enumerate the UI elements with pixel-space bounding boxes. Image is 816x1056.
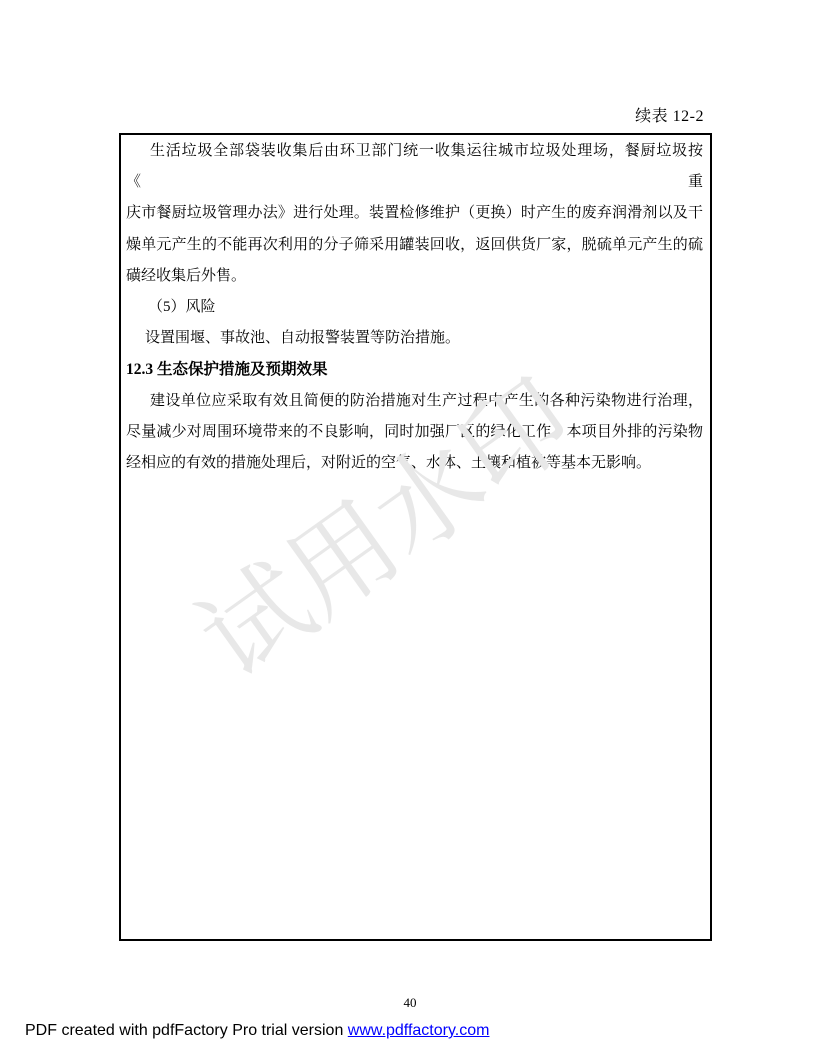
- content-table: 生活垃圾全部袋装收集后由环卫部门统一收集运往城市垃圾处理场，餐厨垃圾按《重 庆市…: [119, 133, 712, 941]
- paragraph2-line-2: 尽量减少对周围环境带来的不良影响，同时加强厂区的绿化工作、本项目外排的污染物: [126, 417, 703, 448]
- paragraph1-line-2: 庆市餐厨垃圾管理办法》进行处理。装置检修维护（更换）时产生的废弃润滑剂以及干: [126, 198, 703, 229]
- pdf-footer-text: PDF created with pdfFactory Pro trial ve…: [25, 1022, 348, 1039]
- page-number: 40: [0, 995, 816, 1011]
- continued-table-label: 续表 12-2: [0, 103, 704, 126]
- risk-item-label: （5）风险: [126, 292, 703, 323]
- paragraph1-line-3: 燥单元产生的不能再次利用的分子筛采用罐装回收，返回供货厂家，脱硫单元产生的硫: [126, 230, 703, 261]
- paragraph2-line-3: 经相应的有效的措施处理后，对附近的空气、水体、土壤和植被等基本无影响。: [126, 448, 703, 479]
- paragraph1-line-4: 磺经收集后外售。: [126, 261, 703, 292]
- section-number: 12.3: [126, 361, 153, 378]
- pdf-factory-link[interactable]: www.pdffactory.com: [348, 1022, 490, 1039]
- paragraph1-line-1: 生活垃圾全部袋装收集后由环卫部门统一收集运往城市垃圾处理场，餐厨垃圾按《重: [126, 136, 703, 198]
- pdf-factory-footer: PDF created with pdfFactory Pro trial ve…: [25, 1022, 489, 1040]
- section-heading: 12.3 生态保护措施及预期效果: [126, 354, 703, 385]
- risk-measures-text: 设置围堰、事故池、自动报警装置等防治措施。: [126, 323, 703, 354]
- section-title: 生态保护措施及预期效果: [157, 361, 328, 378]
- paragraph2-line-1: 建设单位应采取有效且简便的防治措施对生产过程中产生的各种污染物进行治理，: [126, 386, 703, 417]
- document-page: 续表 12-2 生活垃圾全部袋装收集后由环卫部门统一收集运往城市垃圾处理场，餐厨…: [0, 0, 816, 1056]
- table-cell-text: 生活垃圾全部袋装收集后由环卫部门统一收集运往城市垃圾处理场，餐厨垃圾按《重 庆市…: [121, 135, 710, 479]
